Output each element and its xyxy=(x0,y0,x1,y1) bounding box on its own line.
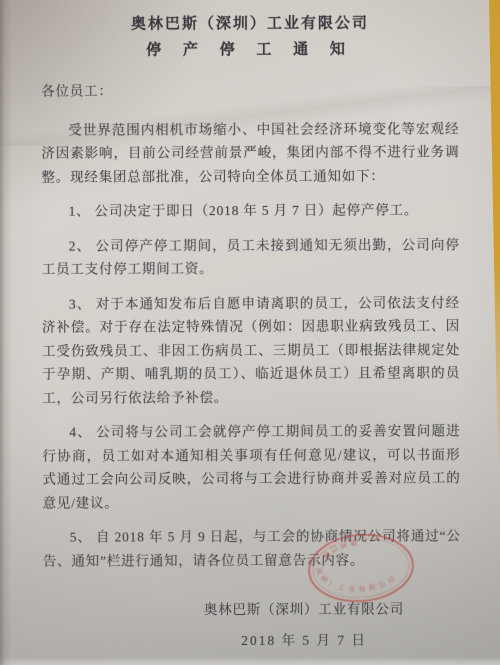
notice-item-2: 2、 公司停产停工期间，员工未接到通知无须出勤，公司向停工员工支付停工期间工资。 xyxy=(42,233,460,281)
notice-title: 停 产 停 工 通 知 xyxy=(41,37,459,62)
notice-document: 奥林巴斯（深圳）工业有限公司 停 产 停 工 通 知 各位员工： 受世界范围内相… xyxy=(41,11,461,652)
notice-item-4: 4、 公司将与公司工会就停产停工期间员工的妥善安置问题进行协商，员工如对本通知相… xyxy=(42,419,460,514)
salutation: 各位员工： xyxy=(41,78,459,103)
signature-date: 2018 年 5 月 7 日 xyxy=(189,628,419,652)
signature-company: 奥林巴斯（深圳）工业有限公司 xyxy=(189,597,419,621)
intro-paragraph: 受世界范围内相机市场缩小、中国社会经济环境变化等宏观经济因素影响，目前公司经营前… xyxy=(41,117,459,189)
notice-item-5: 5、 自 2018 年 5 月 9 日起，与工会的协商情况公司将通过“公告、通知… xyxy=(43,524,461,572)
notice-item-1: 1、 公司决定于即日（2018 年 5 月 7 日）起停产停工。 xyxy=(42,198,460,223)
document-photo: 奥林巴斯（深圳）工业有限公司 停 产 停 工 通 知 各位员工： 受世界范围内相… xyxy=(0,0,500,665)
notice-item-3: 3、 对于本通知发布后自愿申请离职的员工，公司依法支付经济补偿。对于存在法定特殊… xyxy=(42,291,460,410)
company-title: 奥林巴斯（深圳）工业有限公司 xyxy=(41,11,459,36)
signature-block: 奥林巴斯（深圳）工业有限公司 2018 年 5 月 7 日 xyxy=(189,597,419,652)
